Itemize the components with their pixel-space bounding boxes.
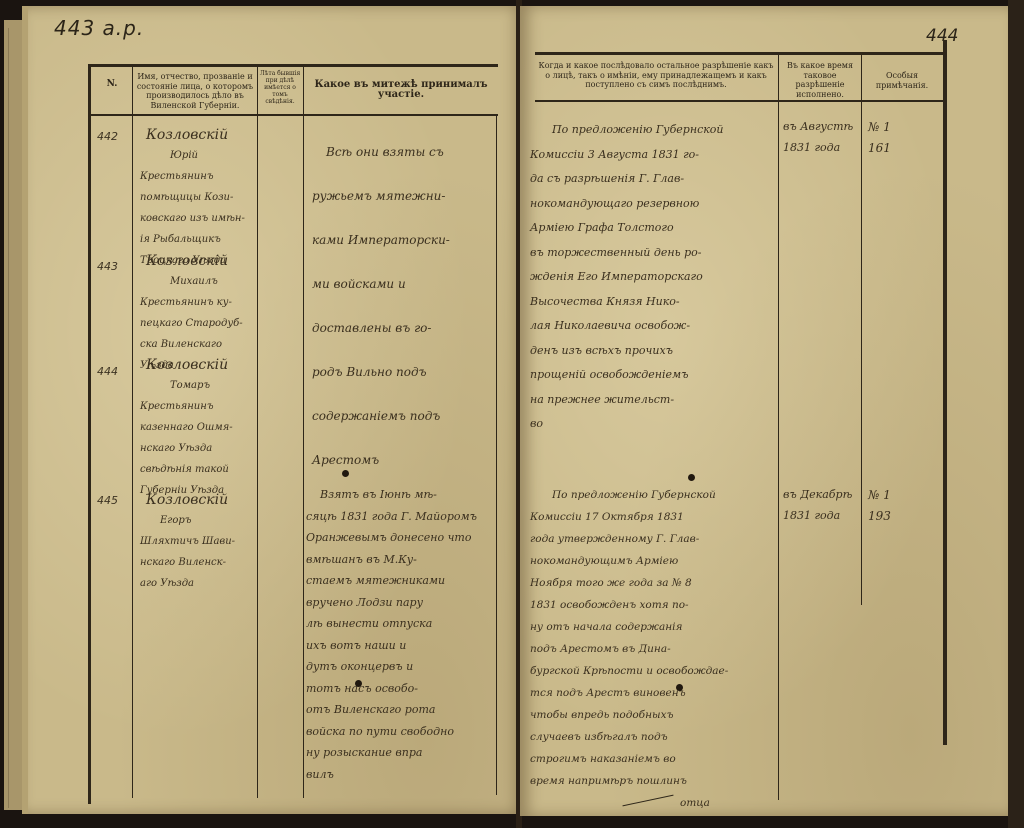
column-header-name: Имя, отчество, прозванiе и состоянiе лиц… xyxy=(135,72,255,110)
entry-number: 443 xyxy=(97,260,118,273)
column-header-resolution: Когда и какое послѣдовало остальное разр… xyxy=(536,61,776,90)
resolution-text-row-2: По предложенiю Губернской Комиссiи 17 Ок… xyxy=(530,484,728,814)
column-header-remarks: Особыя примѣчанiя. xyxy=(863,71,941,90)
page-edges-right xyxy=(1008,0,1024,828)
left-col-divider-4 xyxy=(496,115,497,795)
right-table-header-bottom-rule xyxy=(535,100,947,102)
participation-text-445: Взятъ въ Iюнѣ мѣ- сяцѣ 1831 года Г. Майо… xyxy=(306,484,477,785)
entry-name-444: Козловскiй Томаръ Крестьянинъ казеннаго … xyxy=(140,356,233,503)
folio-number-left: 443 а.р. xyxy=(54,16,144,40)
binding-hole xyxy=(688,474,695,481)
left-col-divider-2 xyxy=(257,66,258,798)
right-table-outer-border xyxy=(943,40,947,745)
binding-hole xyxy=(676,684,683,691)
right-table-top-rule xyxy=(535,52,947,55)
column-header-executed: Въ какое время таковое разрѣшенiе исполн… xyxy=(780,61,860,99)
binding-hole xyxy=(355,680,362,687)
left-table-header-bottom-rule xyxy=(90,114,498,116)
remarks-row-1: № 1 161 xyxy=(868,116,891,158)
entry-number: 442 xyxy=(97,130,118,143)
executed-date-row-2: въ Декабрѣ 1831 года xyxy=(783,484,852,526)
open-ledger: 443 а.р. 444 N. Имя, отчество, прозванiе… xyxy=(0,0,1024,828)
resolution-text-row-1: По предложенiю Губернской Комиссiи 3 Авг… xyxy=(530,118,724,437)
participation-text-442-444: Всѣ они взяты съ ружьемъ мятежни- ками И… xyxy=(312,130,450,482)
entry-number: 444 xyxy=(97,365,118,378)
executed-date-row-1: въ Августѣ 1831 года xyxy=(783,116,853,158)
left-col-divider-3 xyxy=(303,66,304,798)
entry-name-442: Козловскiй Юрiй Крестьянинъ помѣщицы Коз… xyxy=(140,126,245,273)
left-table-outer-border xyxy=(88,64,91,804)
entry-number: 445 xyxy=(97,494,118,507)
right-col-divider-1 xyxy=(778,55,779,800)
remarks-row-2: № 1 193 xyxy=(868,484,891,526)
column-header-number: N. xyxy=(95,80,129,90)
left-col-divider-1 xyxy=(132,66,133,798)
column-header-participation: Какое въ митежѣ принималъ участiе. xyxy=(306,80,496,99)
entry-name-445: Козловскiй Егоръ Шляхтичъ Шави- нскаго В… xyxy=(140,490,235,595)
right-col-divider-2 xyxy=(861,55,862,605)
binding-hole xyxy=(342,470,349,477)
left-table-top-rule xyxy=(90,64,498,67)
column-header-years: Лѣта бывшiя при дѣлѣ имѣется о томъ свѣд… xyxy=(258,70,302,105)
